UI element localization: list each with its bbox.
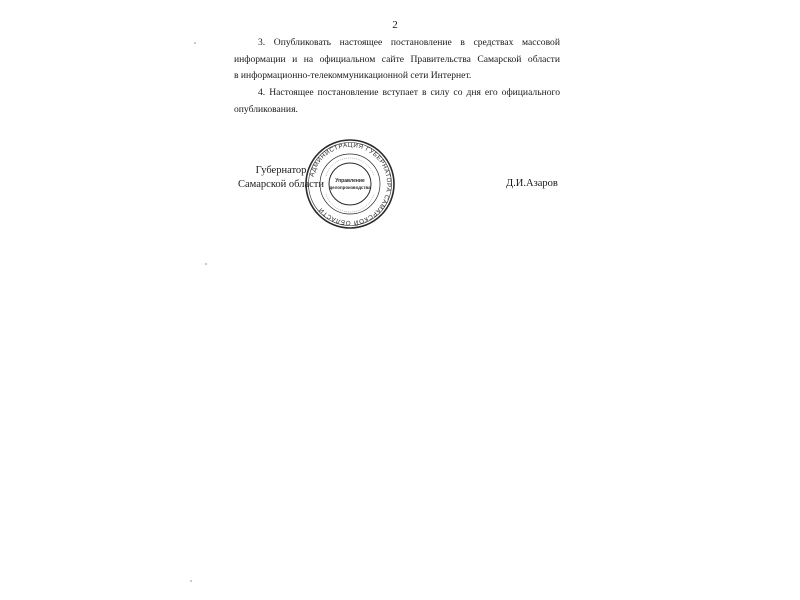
signatory-name: Д.И.Азаров [506,178,558,189]
scan-artifact [190,580,192,582]
paragraph-4: 4. Настоящее постановление вступает в си… [234,85,560,118]
paragraph-3: 3. Опубликовать настоящее постановление … [234,35,560,85]
page-number: 2 [0,19,795,31]
svg-text:Управление: Управление [335,178,365,184]
paragraph-line: информации и на официальном сайте Правит… [234,52,560,69]
paragraph-line: опубликования. [234,102,560,119]
scan-artifact [194,42,196,44]
svg-text:делопроизводства: делопроизводства [329,185,371,190]
document-page: 2 3. Опубликовать настоящее постановлени… [0,0,800,600]
official-seal-stamp: АДМИНИСТРАЦИЯ ГУБЕРНАТОРА САМАРСКОЙ ОБЛА… [304,138,396,230]
scan-artifact [205,263,207,265]
paragraph-line: в информационно-телекоммуникационной сет… [234,68,560,85]
paragraph-line: 4. Настоящее постановление вступает в си… [234,85,560,102]
paragraph-line: 3. Опубликовать настоящее постановление … [234,35,560,52]
